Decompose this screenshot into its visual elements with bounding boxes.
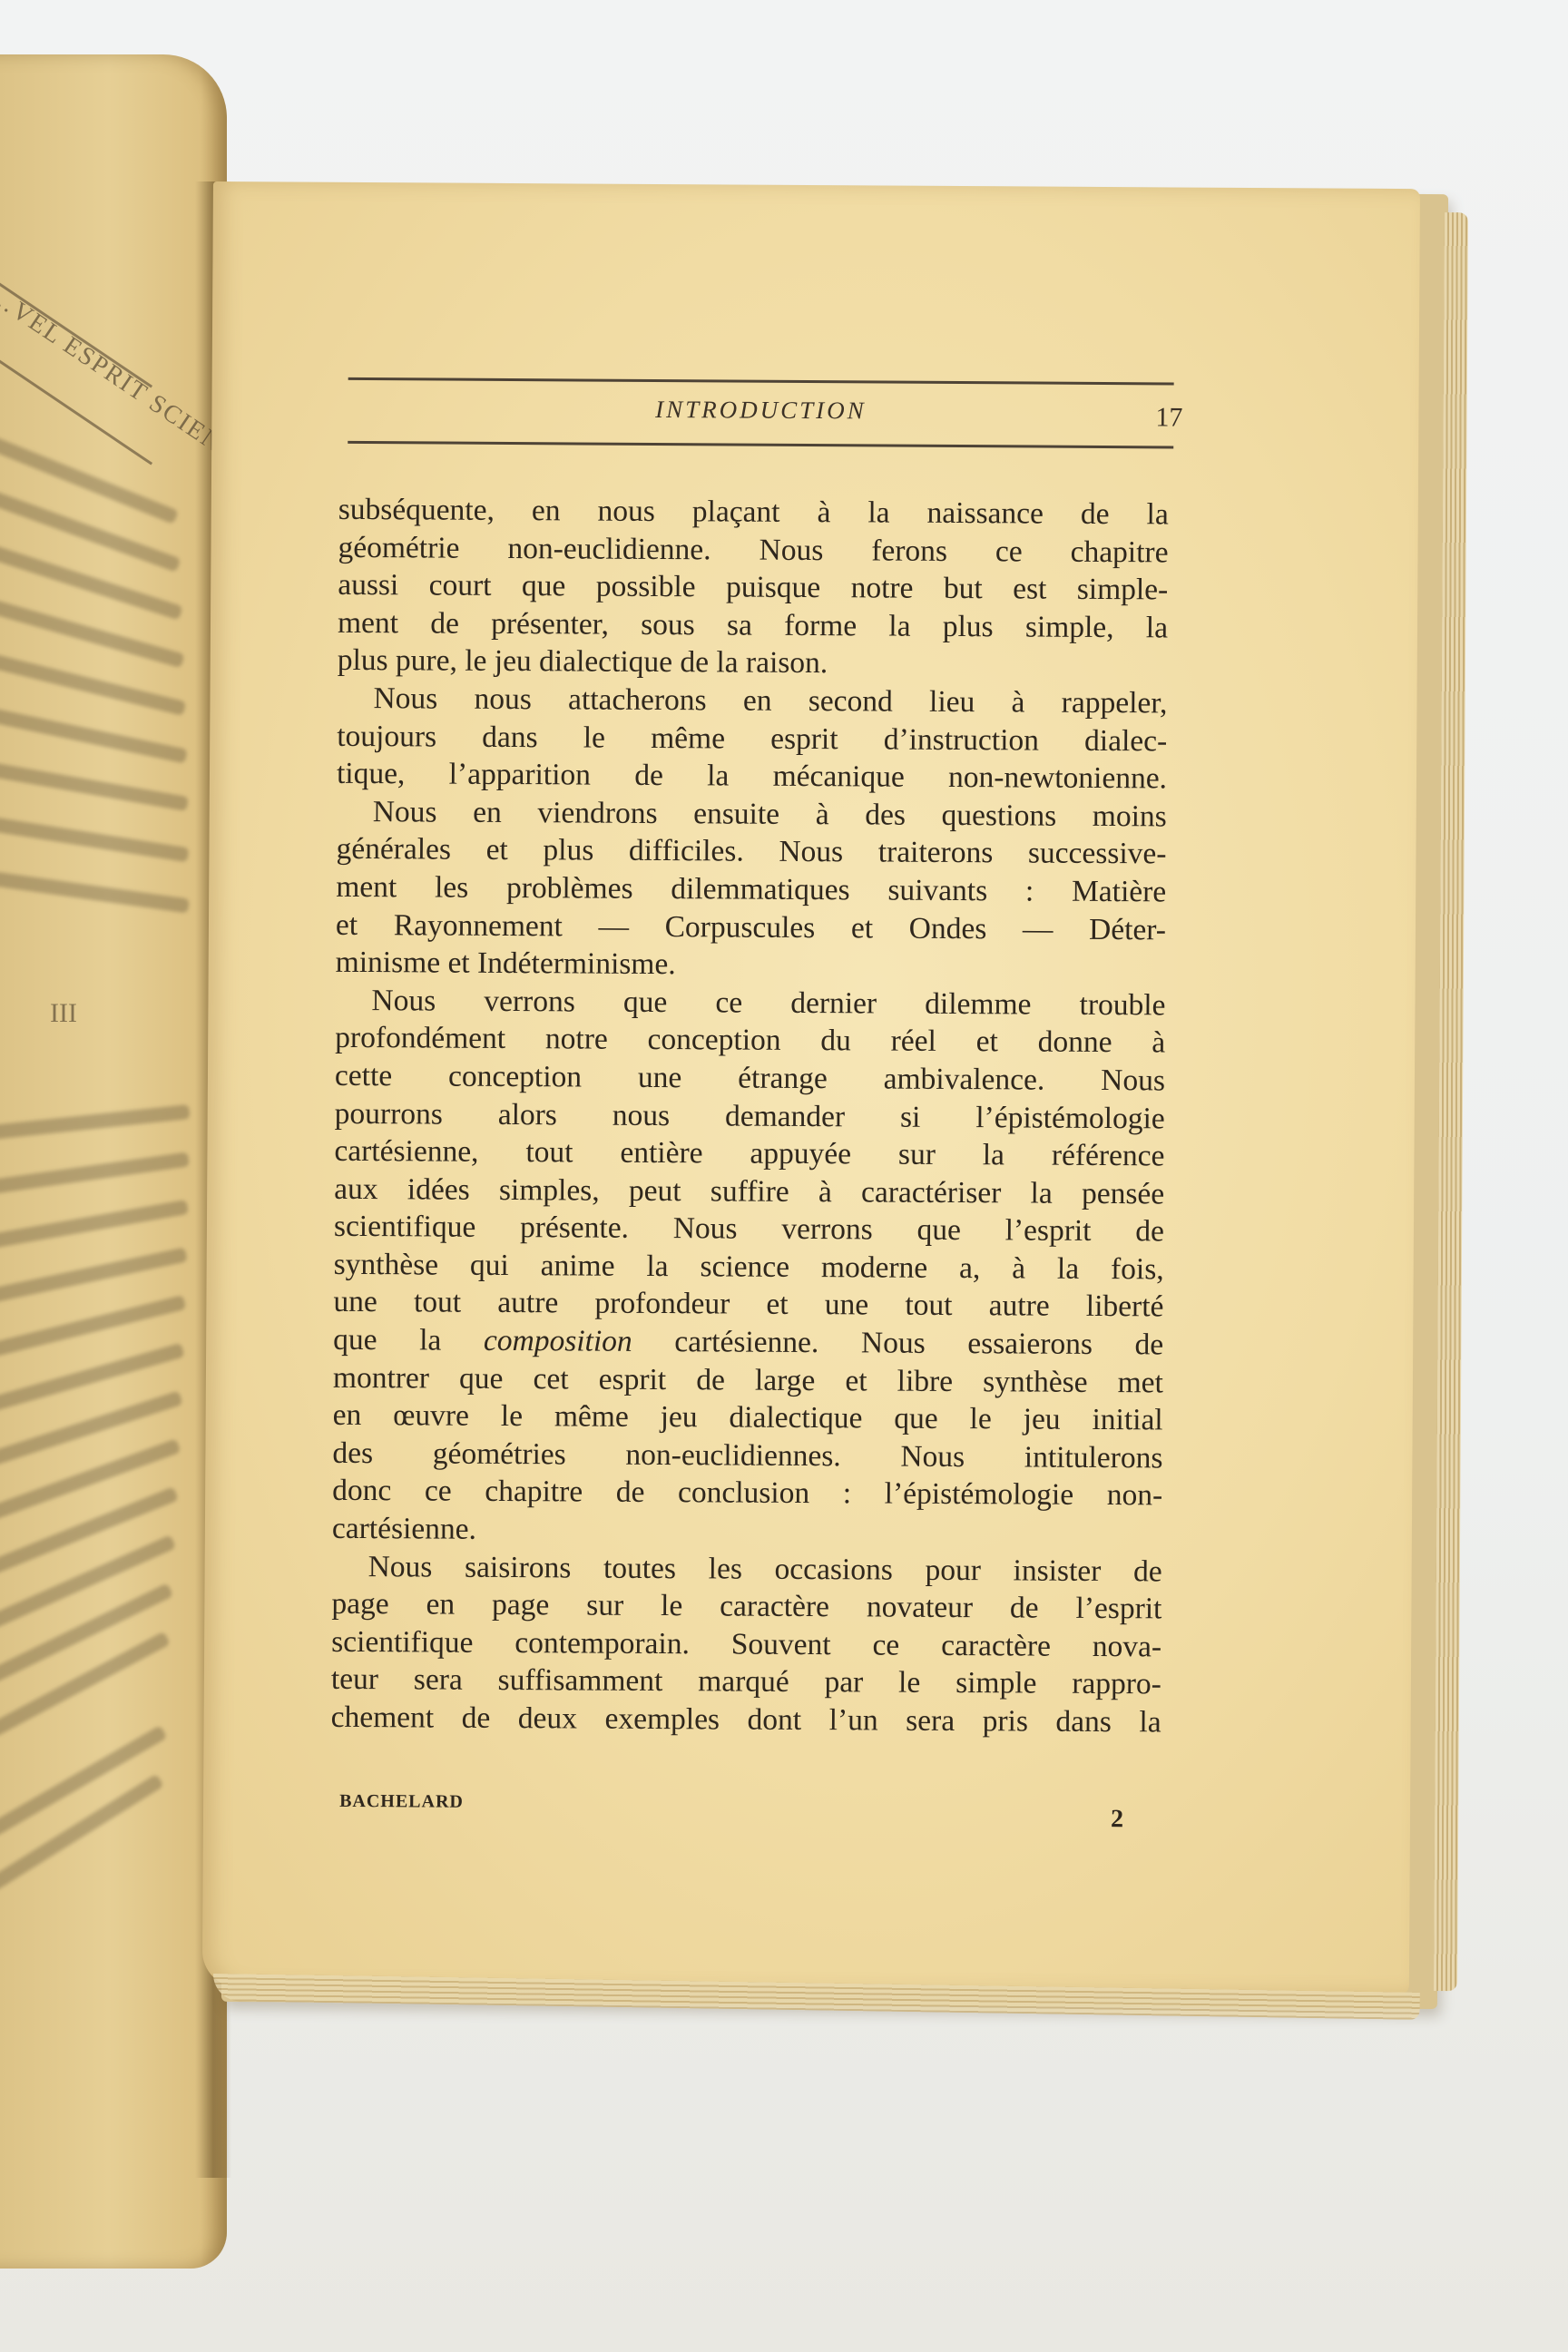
left-page-text-line [0,1200,189,1249]
paragraph-5: Nous saisirons toutes les occasions pour… [331,1547,1162,1741]
text-line: pourrons alors nous demander si l’épisté… [335,1094,1165,1137]
text-line: aussi court que possible puisque notre b… [338,566,1168,609]
text-segment: que la [333,1323,484,1357]
text-line: minisme et Indéterminisme. [336,944,1166,986]
text-line: Nous verrons que ce dernier dilemme trou… [335,982,1165,1024]
text-line: et Rayonnement — Corpuscules et Ondes — … [336,906,1166,948]
left-page-text-line [0,817,190,862]
paragraph-3: Nous en viendrons ensuite à des question… [336,793,1167,987]
text-segment: cartésienne. Nous essaierons de [632,1325,1164,1362]
text-line: Nous en viendrons ensuite à des question… [337,793,1167,836]
text-line: en œuvre le même jeu dialectique que le … [333,1396,1163,1439]
text-line: chement de deux exemples dont l’un sera … [331,1699,1161,1741]
left-page-text-line [0,1295,186,1357]
left-page-text-line [0,1774,164,1892]
left-page-text-line [0,1151,190,1193]
header-rule-bottom [348,441,1173,449]
left-page-text-line [0,1247,188,1302]
footer-sheet-number: 2 [1111,1805,1123,1834]
paragraph-1: subséquente, en nous plaçant à la naissa… [338,491,1169,685]
text-line: tique, l’apparition de la mécanique non-… [337,755,1167,798]
text-line: subséquente, en nous plaçant à la naissa… [338,491,1169,534]
text-line: page en page sur le caractère novateur d… [331,1585,1161,1628]
text-line: générales et plus difficiles. Nous trait… [336,830,1166,873]
paragraph-4: Nous verrons que ce dernier dilemme trou… [332,982,1166,1553]
text-line: Nous saisirons toutes les occasions pour… [332,1547,1162,1590]
left-page-text-line [0,653,186,716]
text-line: cartésienne. [332,1510,1162,1553]
text-line: une tout autre profondeur et une tout au… [333,1283,1163,1326]
text-line: aux idées simples, peut suffire à caract… [334,1171,1164,1213]
text-line: des géométries non-euclidiennes. Nous in… [332,1435,1162,1477]
text-line: montrer que cet esprit de large et libre… [333,1358,1163,1401]
page-header: INTRODUCTION 17 [348,377,1173,456]
text-line: toujours dans le même esprit d’instructi… [337,717,1167,759]
text-line-with-italic: que la composition cartésienne. Nous ess… [333,1321,1163,1364]
running-head: INTRODUCTION [348,394,1173,427]
italic-term: composition [484,1324,632,1358]
left-page-text-line [0,762,189,811]
text-line: donc ce chapitre de conclusion : l’épist… [332,1472,1162,1514]
text-line: profondément notre conception du réel et… [335,1019,1165,1062]
left-page-text-line [0,708,188,763]
left-page-text-line [0,1632,171,1738]
body-text: subséquente, en nous plaçant à la naissa… [331,491,1169,1741]
left-page-text-line [0,871,190,913]
paragraph-2: Nous nous attacherons en second lieu à r… [337,680,1168,798]
text-line: plus pure, le jeu dialectique de la rais… [338,642,1168,684]
text-line: Nous nous attacherons en second lieu à r… [337,680,1167,722]
left-page-section-marker: III [50,998,77,1029]
footer-signature: BACHELARD [339,1791,464,1813]
right-page: INTRODUCTION 17 subséquente, en nous pla… [202,181,1420,1994]
left-page-text-line [0,1104,191,1140]
text-line: teur sera suffisamment marqué par le sim… [331,1661,1161,1703]
text-line: ment les problèmes dilemmatiques suivant… [336,868,1166,911]
text-line: géométrie non-euclidienne. Nous ferons c… [338,528,1168,571]
page-number: 17 [1155,402,1182,433]
left-facing-page: …VEL ESPRIT SCIENTIFIQUE III [0,54,227,2269]
text-line: synthèse qui anime la science moderne a,… [334,1246,1164,1289]
header-rule-top [348,377,1174,386]
text-line: cette conception une étrange ambivalence… [335,1057,1165,1100]
text-line: scientifique contemporain. Souvent ce ca… [331,1623,1161,1666]
text-line: ment de présenter, sous sa forme la plus… [338,604,1168,647]
text-line: scientifique présente. Nous verrons que … [334,1208,1164,1250]
text-line: cartésienne, tout entière appuyée sur la… [334,1132,1164,1175]
